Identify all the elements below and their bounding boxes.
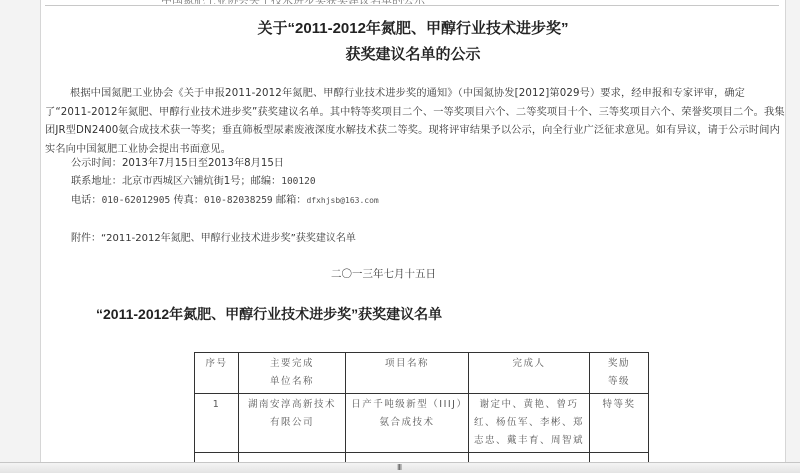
- attachment-line: 附件：“2011-2012年氮肥、甲醇行业技术进步奖”获奖建议名单: [71, 229, 356, 244]
- address-label: 联系地址：: [71, 176, 122, 187]
- page-title-line1: 关于“2011-2012年氮肥、甲醇行业技术进步奖”: [41, 17, 785, 38]
- phone-value: 010-62012905: [102, 195, 171, 206]
- document-date: 二〇一三年七月十五日: [331, 266, 436, 281]
- email-label: 邮箱：: [276, 195, 307, 206]
- header-cut-text: 中国氮肥工业协会关于技术进步奖获奖建议名单的公示: [161, 0, 681, 4]
- cell-no: [195, 453, 239, 463]
- fax-label: 传真：: [173, 195, 204, 206]
- contact-address: 联系地址：北京市西城区六铺炕街1号；邮编：100120: [71, 172, 316, 187]
- top-divider: [45, 5, 779, 6]
- header-level-line2: 等级: [608, 376, 630, 387]
- address-value: 北京市西城区六铺炕街1号；: [122, 176, 251, 187]
- table-row: [195, 453, 649, 463]
- header-level-line1: 奖励: [608, 358, 630, 369]
- table-header-row: 序号 主要完成单位名称 项目名称 完成人 奖励等级: [195, 353, 649, 394]
- postcode-label: 邮编：: [251, 176, 282, 187]
- awards-table: 序号 主要完成单位名称 项目名称 完成人 奖励等级 1 湖南安淳高新技术有限公司…: [194, 352, 649, 462]
- cell-no: 1: [195, 394, 239, 453]
- scrollbar-grip-icon[interactable]: III: [397, 463, 401, 473]
- list-title: “2011-2012年氮肥、甲醇行业技术进步奖”获奖建议名单: [96, 304, 442, 324]
- cell-unit: [239, 453, 346, 463]
- cell-project: 日产千吨级新型（IIIJ）氨合成技术: [346, 394, 469, 453]
- table-row: 1 湖南安淳高新技术有限公司 日产千吨级新型（IIIJ）氨合成技术 谢定中、黄艳…: [195, 394, 649, 453]
- cell-persons: [469, 453, 590, 463]
- cell-unit: 湖南安淳高新技术有限公司: [239, 394, 346, 453]
- fax-value: 010-82038259: [204, 195, 273, 206]
- cell-persons: 谢定中、黄艳、曾巧红、杨伍军、李彬、郑志忠、戴丰育、周智斌: [469, 394, 590, 453]
- header-persons: 完成人: [469, 353, 590, 394]
- contact-phone: 电话：010-62012905 传真：010-82038259 邮箱：dfxhj…: [71, 191, 379, 206]
- body-paragraph: 根据中国氮肥工业协会《关于申报2011-2012年氮肥、甲醇行业技术进步奖的通知…: [45, 85, 785, 159]
- header-unit: 主要完成单位名称: [239, 353, 346, 394]
- email-value[interactable]: dfxhjsb@163.com: [306, 196, 378, 205]
- postcode-value: 100120: [281, 176, 315, 187]
- period-value: 2013年7月15日至2013年8月15日: [122, 158, 284, 169]
- header-unit-line1: 主要完成: [270, 358, 314, 369]
- cell-project: [346, 453, 469, 463]
- period-label: 公示时间：: [71, 158, 122, 169]
- header-unit-line2: 单位名称: [270, 376, 314, 387]
- header-no: 序号: [195, 353, 239, 394]
- page-title-line2: 获奖建议名单的公示: [41, 43, 785, 64]
- document-page: 中国氮肥工业协会关于技术进步奖获奖建议名单的公示 关于“2011-2012年氮肥…: [40, 0, 786, 462]
- cell-level: [590, 453, 649, 463]
- cell-level: 特等奖: [590, 394, 649, 453]
- header-project: 项目名称: [346, 353, 469, 394]
- phone-label: 电话：: [71, 195, 102, 206]
- announcement-period: 公示时间：2013年7月15日至2013年8月15日: [71, 154, 284, 169]
- header-level: 奖励等级: [590, 353, 649, 394]
- horizontal-scrollbar[interactable]: III: [0, 462, 800, 473]
